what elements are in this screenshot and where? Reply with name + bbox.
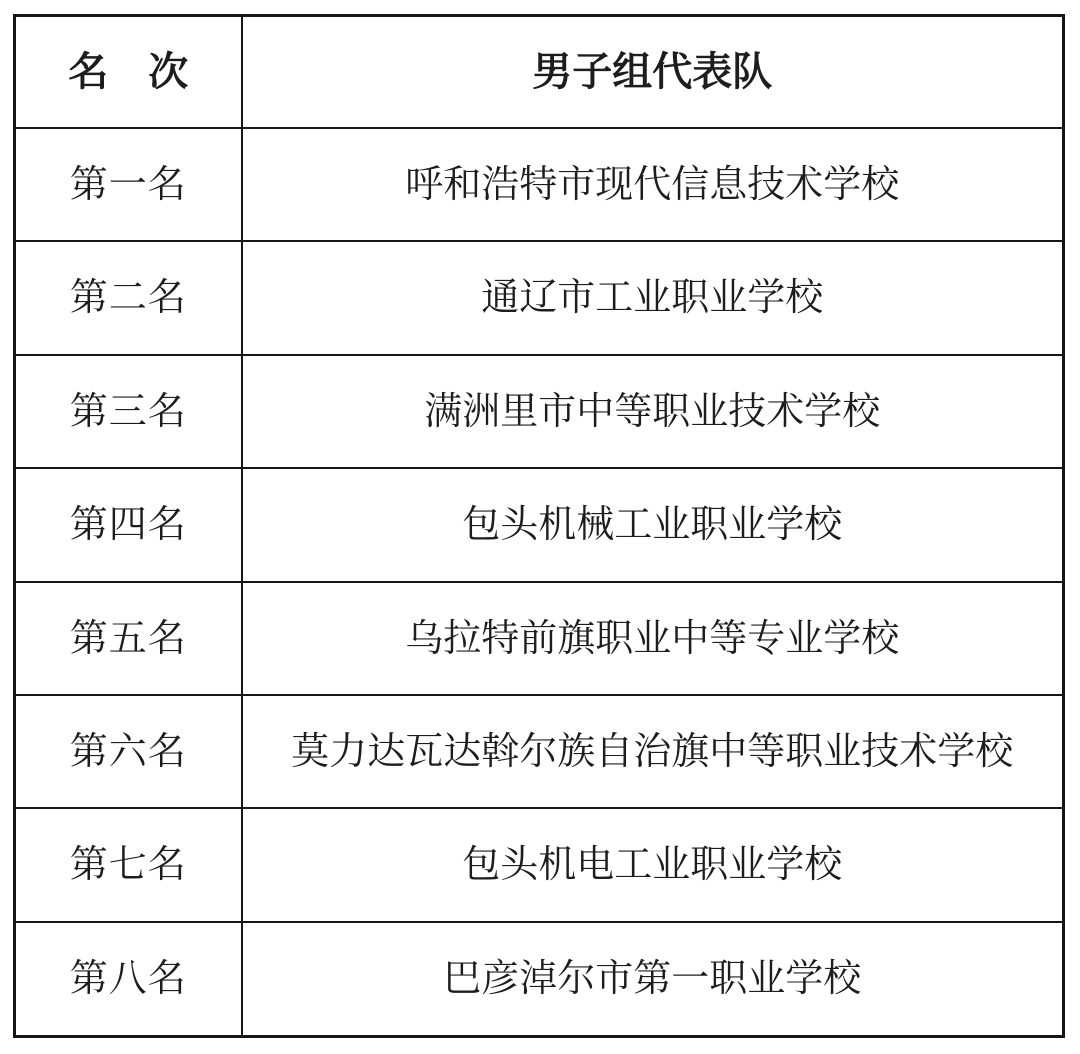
- rank-cell: 第二名: [15, 241, 242, 354]
- table-row: 第一名呼和浩特市现代信息技术学校: [15, 128, 1064, 241]
- table-row: 第三名满洲里市中等职业技术学校: [15, 355, 1064, 468]
- rank-cell: 第六名: [15, 695, 242, 808]
- header-cell-team: 男子组代表队: [242, 16, 1064, 129]
- rank-cell: 第一名: [15, 128, 242, 241]
- team-cell: 包头机械工业职业学校: [242, 468, 1064, 581]
- header-cell-rank: 名 次: [15, 16, 242, 129]
- team-cell: 乌拉特前旗职业中等专业学校: [242, 582, 1064, 695]
- team-cell: 包头机电工业职业学校: [242, 808, 1064, 921]
- table-row: 第四名包头机械工业职业学校: [15, 468, 1064, 581]
- rank-cell: 第七名: [15, 808, 242, 921]
- team-cell: 满洲里市中等职业技术学校: [242, 355, 1064, 468]
- team-cell: 巴彦淖尔市第一职业学校: [242, 922, 1064, 1037]
- results-table: 名 次 男子组代表队 第一名呼和浩特市现代信息技术学校第二名通辽市工业职业学校第…: [13, 14, 1065, 1038]
- header-row: 名 次 男子组代表队: [15, 16, 1064, 129]
- team-cell: 通辽市工业职业学校: [242, 241, 1064, 354]
- document-page: 名 次 男子组代表队 第一名呼和浩特市现代信息技术学校第二名通辽市工业职业学校第…: [0, 0, 1080, 1054]
- team-cell: 莫力达瓦达斡尔族自治旗中等职业技术学校: [242, 695, 1064, 808]
- rank-cell: 第三名: [15, 355, 242, 468]
- table-row: 第八名巴彦淖尔市第一职业学校: [15, 922, 1064, 1037]
- table-row: 第二名通辽市工业职业学校: [15, 241, 1064, 354]
- rank-cell: 第五名: [15, 582, 242, 695]
- table-row: 第六名莫力达瓦达斡尔族自治旗中等职业技术学校: [15, 695, 1064, 808]
- table-row: 第五名乌拉特前旗职业中等专业学校: [15, 582, 1064, 695]
- team-cell: 呼和浩特市现代信息技术学校: [242, 128, 1064, 241]
- rank-cell: 第四名: [15, 468, 242, 581]
- table-row: 第七名包头机电工业职业学校: [15, 808, 1064, 921]
- rank-cell: 第八名: [15, 922, 242, 1037]
